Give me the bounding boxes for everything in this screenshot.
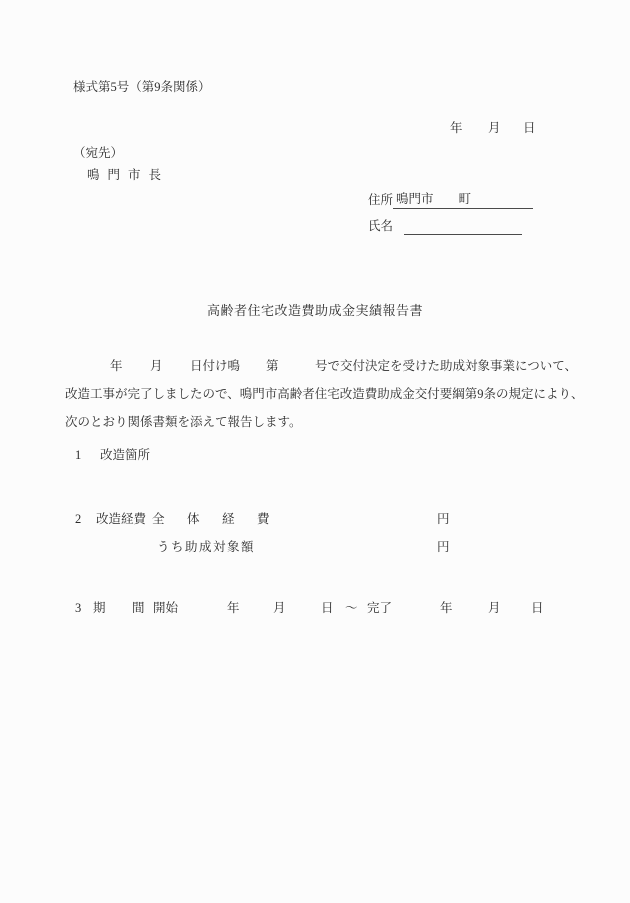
item3-end-label: 完了 [367,601,392,616]
item2-total-label: 全 体 経 費 [152,512,275,527]
item3-end-year: 年 [440,601,453,616]
para-line3: 次のとおり関係書類を添えて報告します。 [65,415,302,430]
addressee-name: 鳴門市長 [87,168,169,183]
item2-total-unit: 円 [437,512,450,527]
item3-end-day: 日 [531,601,544,616]
item1-number: 1 [75,448,81,463]
name-label: 氏名 [368,219,393,234]
item3-number: 3 [75,601,81,616]
item2-subsidy-label: うち助成対象額 [157,540,255,555]
address-blank: 鳴門市 町 [393,192,533,209]
name-blank [404,218,522,235]
document-title: 高齢者住宅改造費助成金実績報告書 [0,303,630,319]
item3-period-label-b: 間 [132,601,145,616]
para-line1-month: 月 [150,359,163,374]
item3-tilde: ～ [345,601,358,616]
item2-number: 2 [75,512,81,527]
issue-date-month: 月 [488,121,501,136]
item3-start-year: 年 [227,601,240,616]
para-line1-dai: 第 [266,359,279,374]
para-line1-year: 年 [110,359,123,374]
item1-label: 改造箇所 [100,448,150,463]
addressee-label: （宛先） [73,146,123,161]
para-line1-date-suffix: 日付け鳴 [190,359,240,374]
item3-period-label-a: 期 [93,601,106,616]
document-page: 様式第5号（第9条関係） 年 月 日 （宛先） 鳴門市長 住所 鳴門市 町 氏名… [0,0,630,903]
item2-label: 改造経費 [96,512,146,527]
para-line1-rest: 号で交付決定を受けた助成対象事業について、 [315,359,577,374]
item3-start-label: 開始 [153,601,178,616]
form-number: 様式第5号（第9条関係） [73,80,211,95]
item3-end-month: 月 [488,601,501,616]
address-label: 住所 [368,193,393,208]
item3-start-month: 月 [273,601,286,616]
item2-subsidy-unit: 円 [437,540,450,555]
issue-date-day: 日 [523,121,536,136]
item3-start-day: 日 [321,601,334,616]
issue-date-year: 年 [450,121,463,136]
para-line2: 改造工事が完了しましたので、鳴門市高齢者住宅改造費助成金交付要綱第9条の規定によ… [65,387,584,402]
address-value: 鳴門市 町 [393,192,471,206]
